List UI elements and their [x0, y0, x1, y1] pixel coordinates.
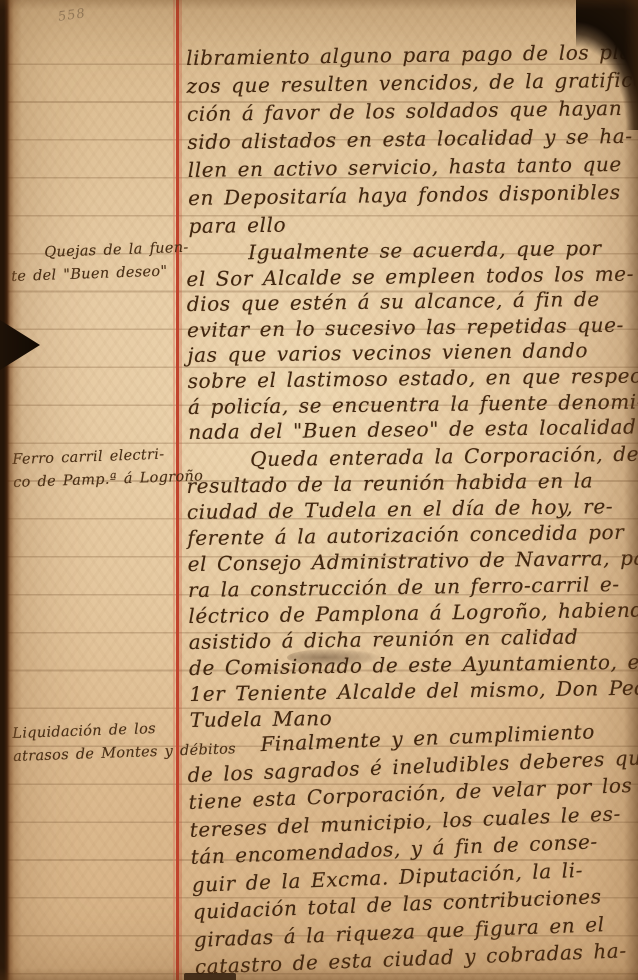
top-edge-shadow: [0, 0, 638, 10]
manuscript-line: para ello: [188, 206, 638, 240]
paragraph-tax-settlement: Finalmente y en cumplimiento de los sagr…: [186, 717, 638, 980]
pencil-page-number: 558: [57, 6, 87, 25]
margin-note-electric-railway: Ferro carril electri- co de Pamp.ª á Log…: [12, 442, 204, 495]
margin-note-fountain-complaints: Quejas de la fuen- te del "Buen deseo": [10, 237, 190, 289]
paragraph-fountain-complaints: Igualmente se acuerda, que por el Sor Al…: [186, 235, 638, 445]
manuscript-page: 558 Quejas de la fuen- te del "Buen dese…: [0, 0, 638, 980]
binding-clasp: [0, 320, 40, 370]
margin-note-line: te del "Buen deseo": [11, 260, 190, 289]
paragraph-soldiers-payment: libramiento alguno para pago de los pla-…: [186, 38, 638, 240]
paragraph-electric-railway: Queda enterada la Corporación, del resul…: [186, 441, 638, 733]
red-margin-line: [173, 0, 182, 980]
